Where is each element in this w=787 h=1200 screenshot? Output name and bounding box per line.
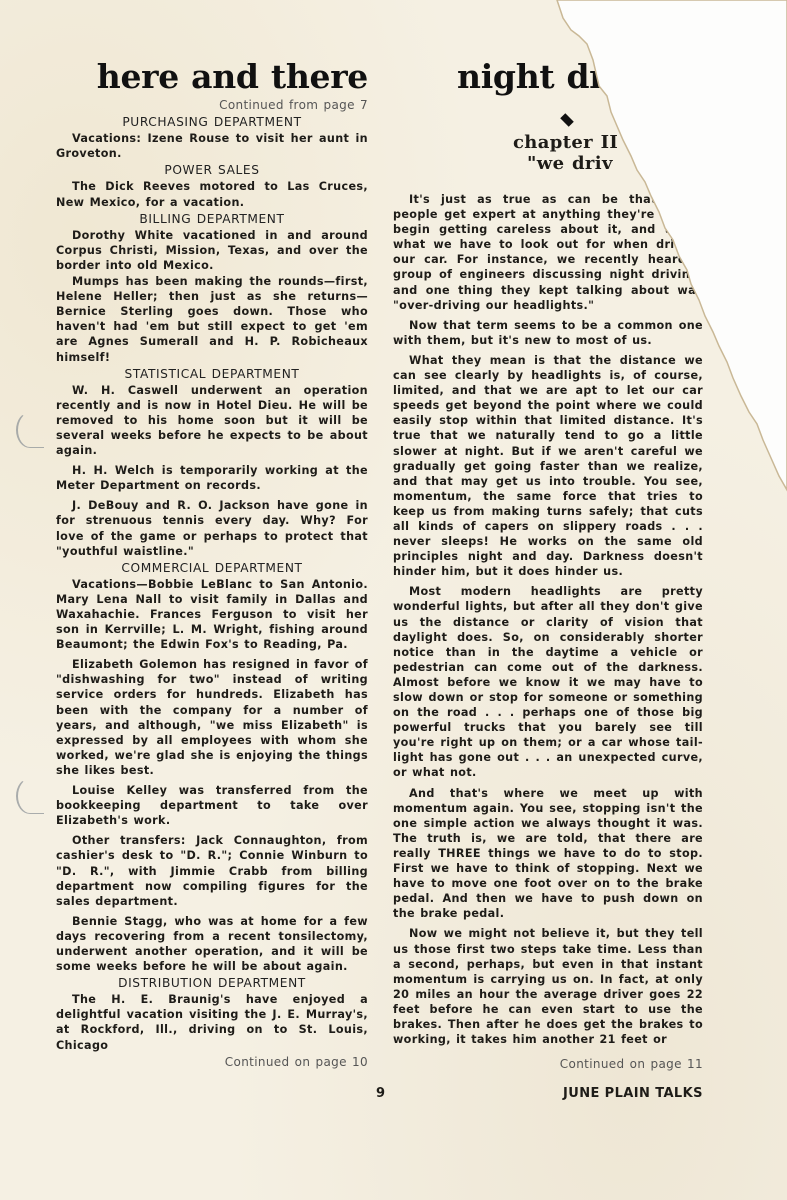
headline-here-and-there: here and there (56, 58, 368, 96)
paragraph: Vacations: Izene Rouse to visit her aunt… (56, 131, 368, 161)
paragraph: And that's where we meet up with momentu… (393, 786, 703, 922)
paragraph: Most modern headlights are pretty wonder… (393, 584, 703, 780)
continued-from: Continued from page 7 (56, 98, 368, 113)
paragraph: Bennie Stagg, who was at home for a few … (56, 914, 368, 974)
paragraph: W. H. Caswell underwent an operation rec… (56, 383, 368, 458)
paragraph: Mumps has been making the rounds—first, … (56, 274, 368, 365)
page: here and there Continued from page 7 PUR… (0, 0, 787, 1200)
section-heading: POWER SALES (56, 163, 368, 178)
paragraph: H. H. Welch is temporarily working at th… (56, 463, 368, 493)
paragraph: The Dick Reeves motored to Las Cruces, N… (56, 179, 368, 209)
paragraph: J. DeBouy and R. O. Jackson have gone in… (56, 498, 368, 558)
paragraph: It's just as true as can be that when pe… (393, 192, 703, 313)
magazine-title: JUNE PLAIN TALKS (563, 1086, 703, 1101)
section-heading: DISTRIBUTION DEPARTMENT (56, 976, 368, 991)
chapter-number: chapter II (513, 132, 648, 153)
continued-on-link: Continued on page 10 (56, 1055, 368, 1070)
section-heading: PURCHASING DEPARTMENT (56, 115, 368, 130)
chapter-title: chapter II "we driv (513, 132, 648, 174)
paragraph: Dorothy White vacationed in and around C… (56, 228, 368, 273)
chapter-subtitle: "we driv (513, 153, 648, 174)
binder-hole-mark (16, 412, 44, 448)
diamond-ornament-icon (560, 113, 574, 127)
page-number: 9 (376, 1086, 385, 1101)
left-column: here and there Continued from page 7 PUR… (56, 58, 368, 1070)
paragraph: Other transfers: Jack Connaughton, from … (56, 833, 368, 908)
section-heading: BILLING DEPARTMENT (56, 212, 368, 227)
headline-night-driving: night dr (393, 58, 607, 96)
right-column: night dr chapter II "we driv It's just a… (393, 58, 703, 1072)
section-heading: STATISTICAL DEPARTMENT (56, 367, 368, 382)
paragraph: Now that term seems to be a common one w… (393, 318, 703, 348)
section-heading: COMMERCIAL DEPARTMENT (56, 561, 368, 576)
continued-on-link: Continued on page 11 (393, 1057, 703, 1072)
paragraph: Now we might not believe it, but they te… (393, 926, 703, 1047)
paragraph: Vacations—Bobbie LeBlanc to San Antonio.… (56, 577, 368, 652)
paragraph: The H. E. Braunig's have enjoyed a delig… (56, 992, 368, 1052)
binder-hole-mark (16, 778, 44, 814)
paragraph: What they mean is that the distance we c… (393, 353, 703, 579)
paragraph: Elizabeth Golemon has resigned in favor … (56, 657, 368, 778)
paragraph: Louise Kelley was transferred from the b… (56, 783, 368, 828)
